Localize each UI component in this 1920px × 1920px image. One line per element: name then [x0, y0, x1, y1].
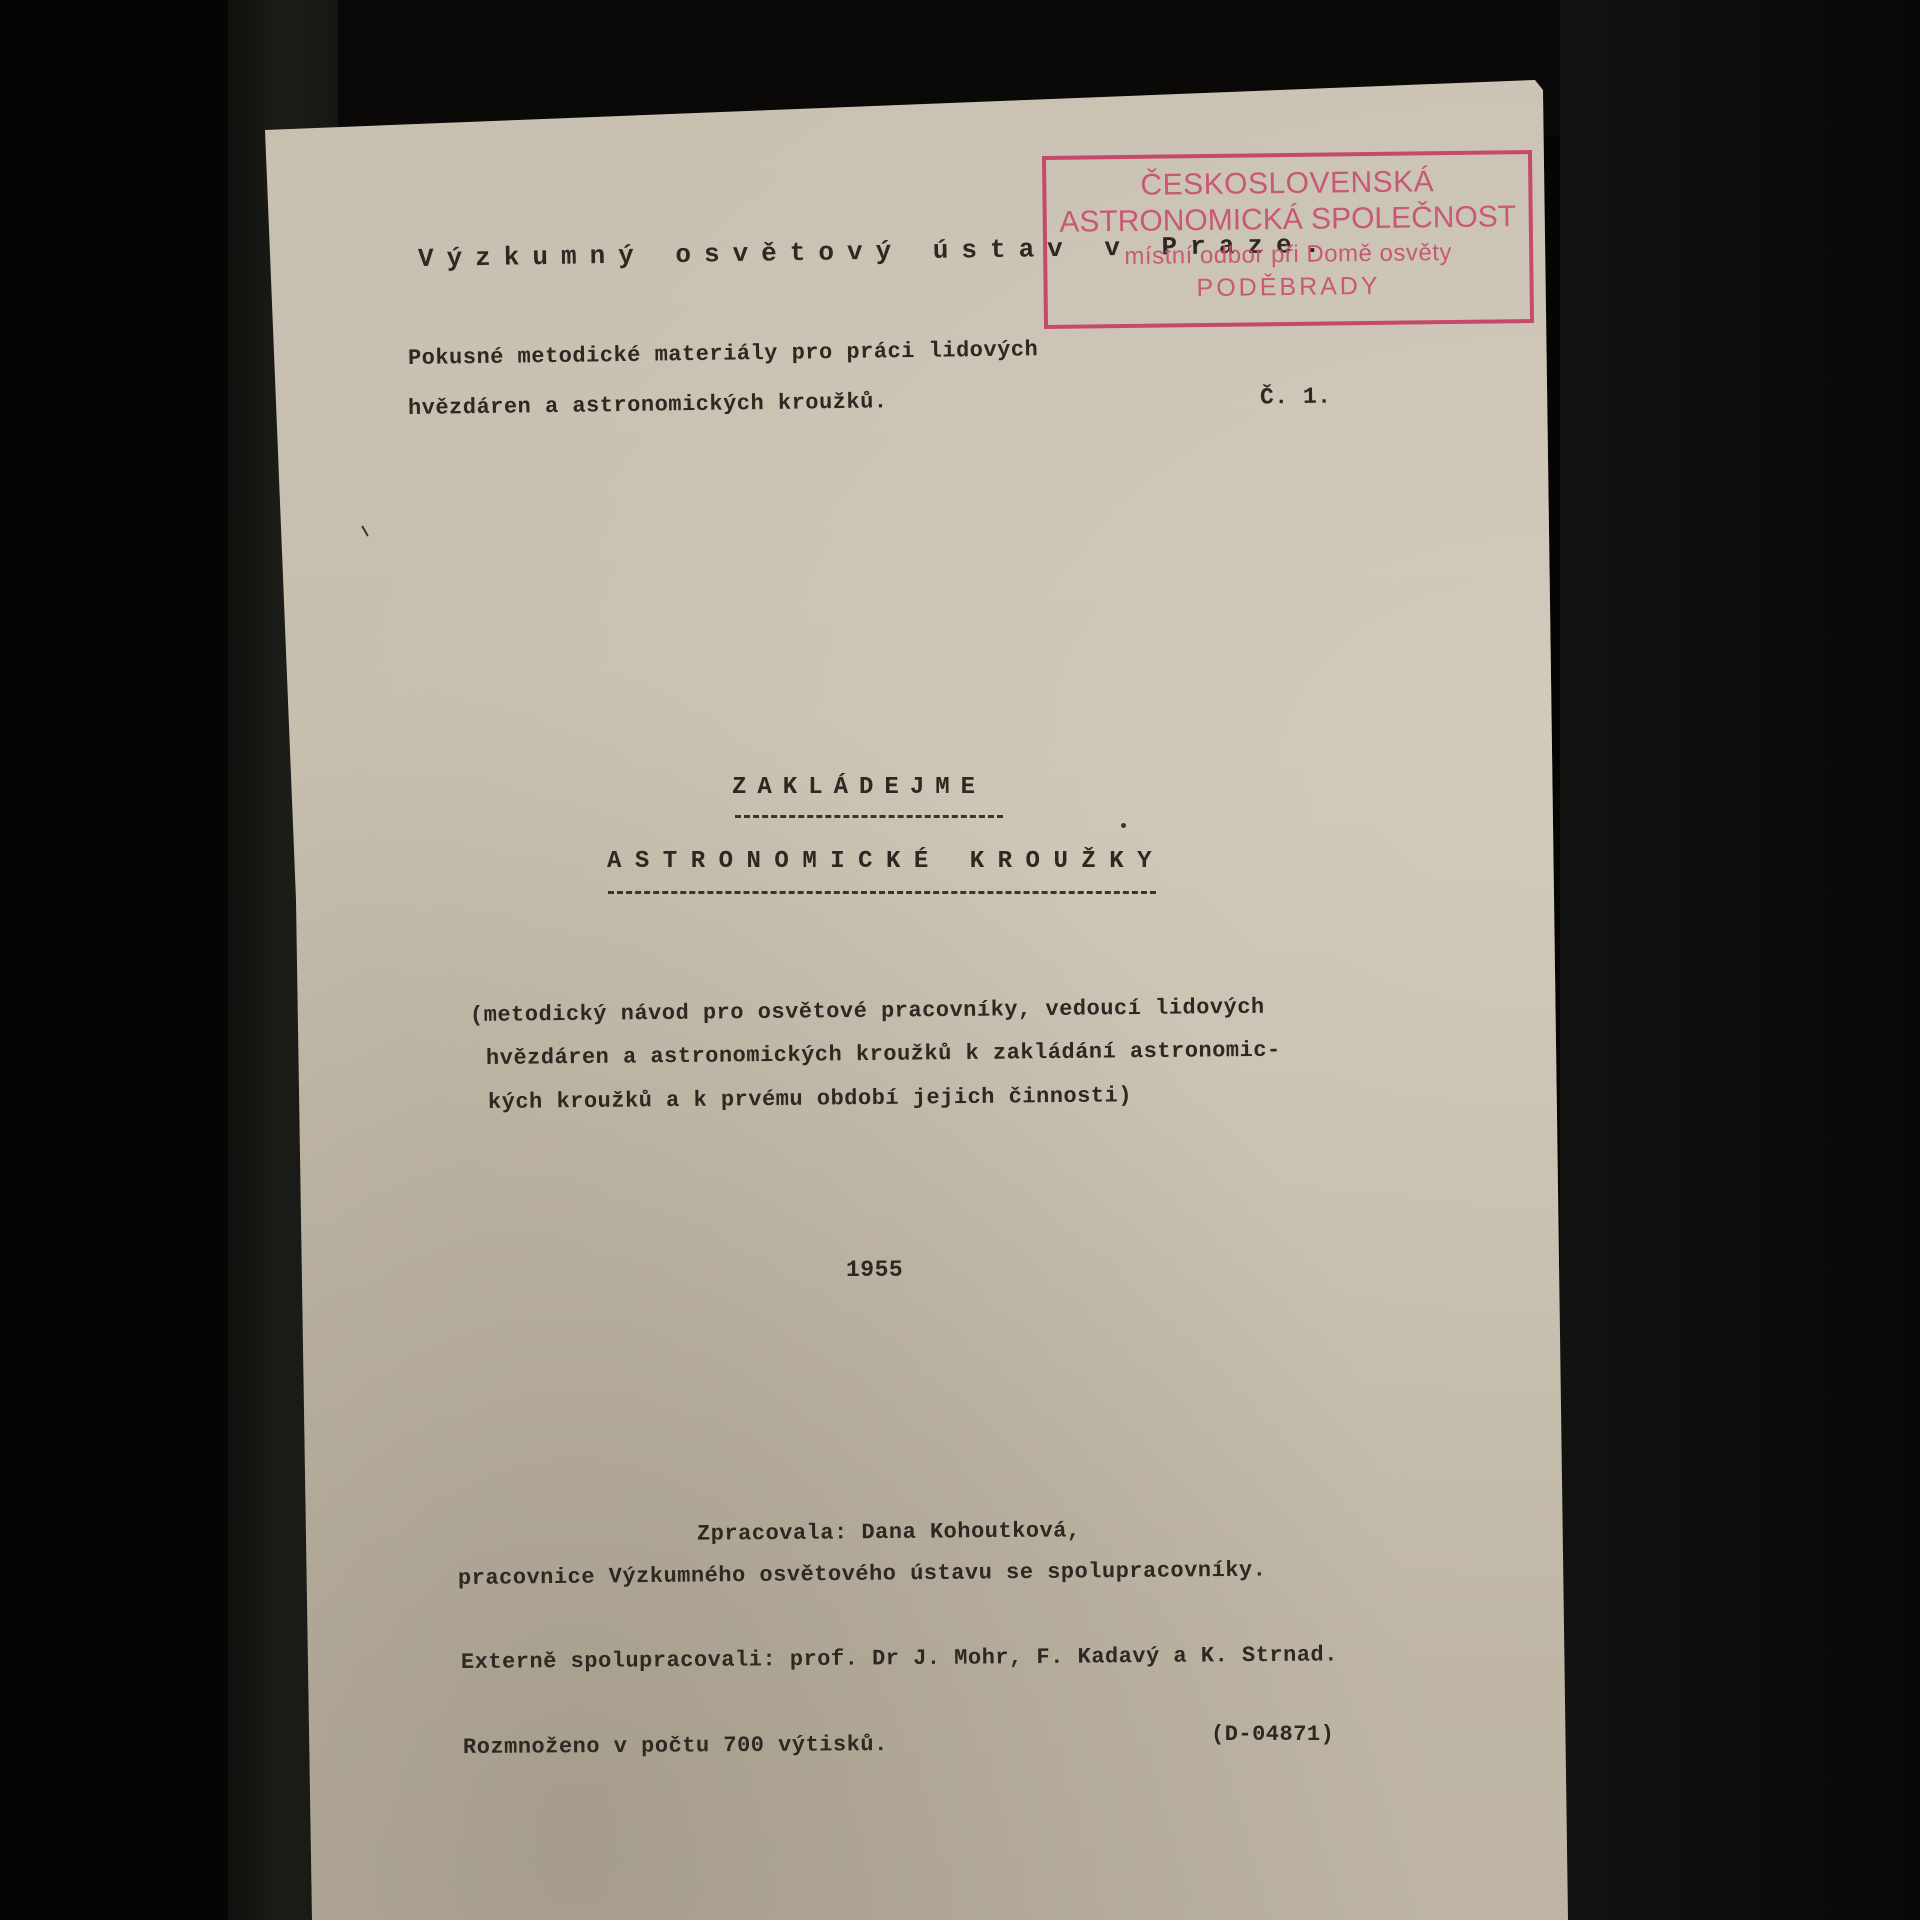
title-line-1: ZAKLÁDEJME — [732, 774, 986, 801]
print-run: Rozmnoženo v počtu 700 výtisků. — [463, 1732, 888, 1760]
title-underline-1 — [735, 815, 1003, 818]
subtitle-line-1: (metodický návod pro osvětové pracovníky… — [470, 995, 1265, 1028]
cover-background-right — [1560, 0, 1920, 1920]
issue-number: Č. 1. — [1260, 384, 1332, 411]
external-collaborators: Externě spolupracovali: prof. Dr J. Mohr… — [461, 1642, 1338, 1675]
title-underline-2 — [608, 891, 1156, 894]
title-line-2: ASTRONOMICKÉ KROUŽKY — [607, 848, 1165, 875]
prepared-by: Zpracovala: Dana Kohoutková, — [697, 1518, 1081, 1546]
series-title-line-2: hvězdáren a astronomických kroužků. — [408, 389, 888, 421]
stamp-line-3: místní odbor při Domě osvěty — [1047, 238, 1529, 272]
stamp-line-2: ASTRONOMICKÁ SPOLEČNOST — [1047, 200, 1529, 240]
society-stamp: ČESKOSLOVENSKÁ ASTRONOMICKÁ SPOLEČNOST m… — [1042, 150, 1534, 329]
subtitle-line-3: kých kroužků a k prvému období jejich či… — [488, 1083, 1132, 1115]
publication-year: 1955 — [846, 1257, 903, 1283]
subtitle-line-2: hvězdáren a astronomických kroužků k zak… — [486, 1038, 1281, 1071]
ink-speck — [361, 525, 369, 536]
author-affiliation: pracovnice Výzkumného osvětového ústavu … — [458, 1558, 1267, 1591]
series-title-line-1: Pokusné metodické materiály pro práci li… — [408, 337, 1039, 371]
ink-speck — [1121, 823, 1126, 828]
stamp-line-4: PODĚBRADY — [1047, 270, 1529, 305]
catalog-code: (D-04871) — [1211, 1722, 1334, 1747]
stamp-line-1: ČESKOSLOVENSKÁ — [1046, 164, 1528, 204]
